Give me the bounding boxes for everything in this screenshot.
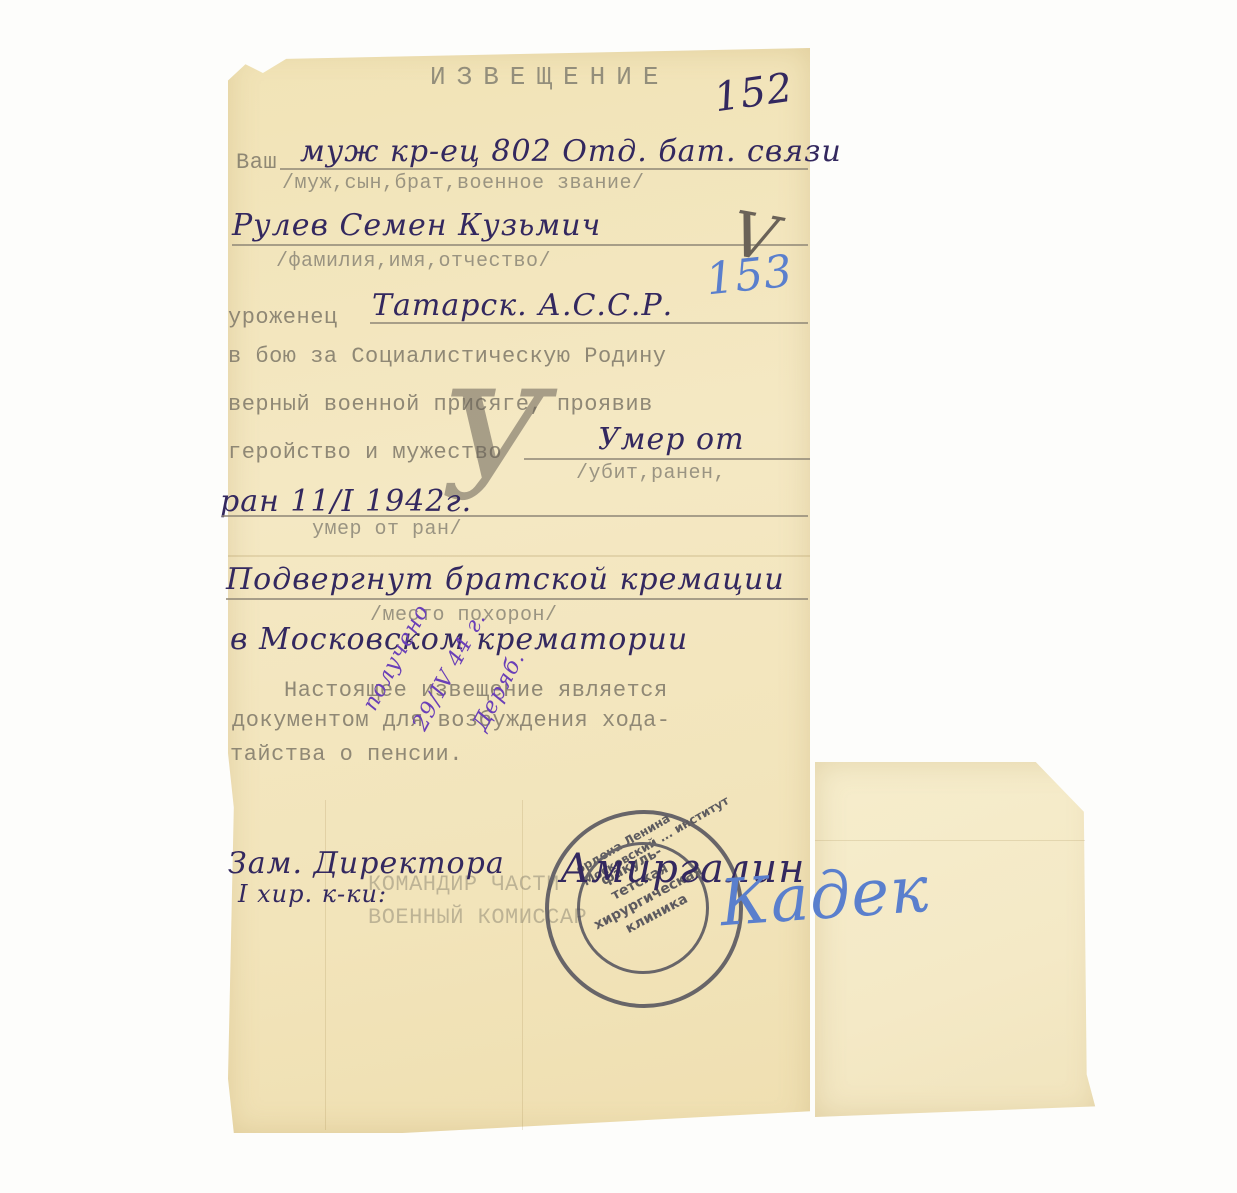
fill-line [232, 244, 808, 246]
notice-text-line: тайства о пенсии. [230, 742, 463, 767]
fill-line [524, 458, 810, 460]
burial-handwritten-1: Подвергнут братской кремации [226, 562, 785, 597]
blue-archive-number: 153 [704, 246, 796, 306]
status-caption-2: умер от ран/ [312, 518, 462, 541]
torn-flap [815, 762, 1098, 1117]
deputy-director-handwritten: Зам. Директора [228, 846, 505, 881]
name-caption: /фамилия,имя,отчество/ [276, 250, 551, 273]
status-handwritten-1: Умер от [598, 422, 745, 457]
recipient-prefix: Ваш [236, 150, 277, 175]
fold-line [815, 840, 1085, 841]
recipient-caption: /муж,сын,брат,военное звание/ [282, 172, 645, 195]
clinic-handwritten: I хир. к-ки: [238, 880, 387, 908]
document-title: ИЗВЕЩЕНИЕ [430, 62, 669, 92]
signature-blue: Кадек [718, 853, 932, 941]
fill-line [370, 322, 808, 324]
status-caption: /убит,ранен, [576, 462, 726, 485]
fold-line [522, 800, 523, 1130]
status-handwritten-2: ран 11/I 1942г. [220, 484, 472, 519]
fill-line [222, 515, 808, 517]
notice-text-line: Настоящее извещение является [284, 678, 668, 703]
fold-line [228, 555, 810, 557]
fill-line [280, 168, 808, 170]
soldier-name-handwritten: Рулев Семен Кузьмич [232, 208, 601, 243]
fill-line [226, 598, 808, 600]
round-stamp: ордена Ленина Московский ... институт фа… [545, 810, 743, 1008]
notice-text-line: документом для возбуждения хода- [232, 708, 670, 733]
recipient-relation-handwritten: муж кр-ец 802 Отд. бат. связи [300, 134, 842, 169]
birthplace-handwritten: Татарск. А.С.С.Р. [372, 288, 673, 323]
birthplace-prefix: уроженец [228, 305, 338, 330]
